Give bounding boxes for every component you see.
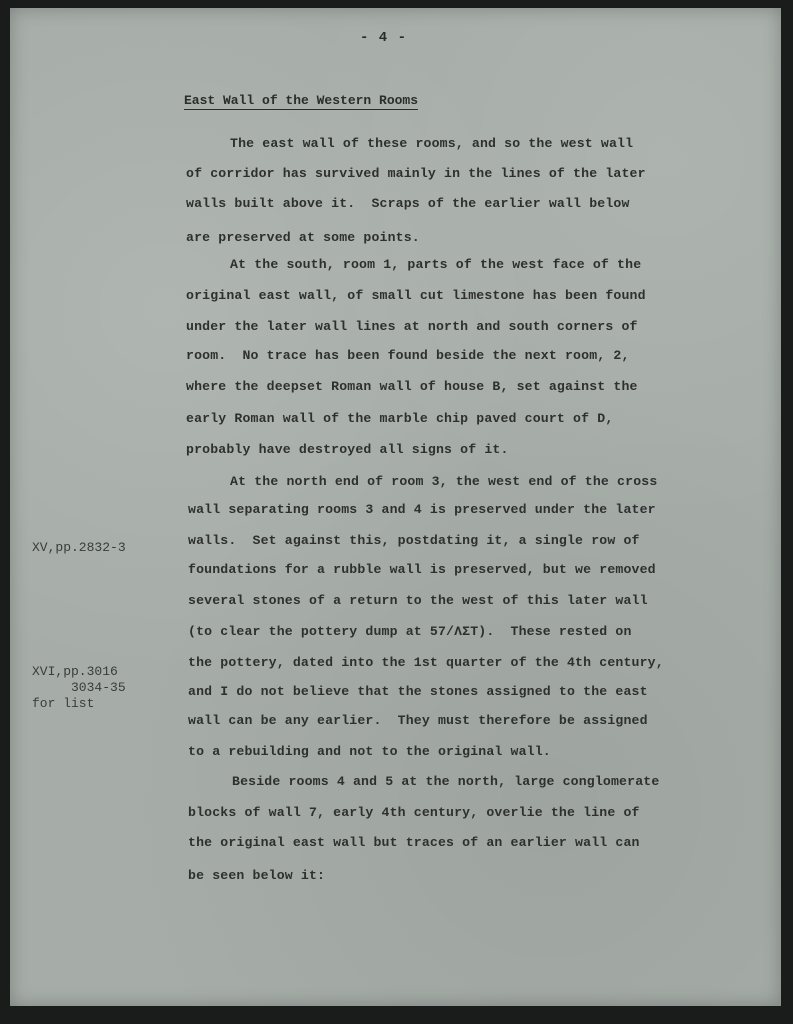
- body-line: At the north end of room 3, the west end…: [230, 474, 657, 489]
- body-line: of corridor has survived mainly in the l…: [186, 166, 646, 181]
- margin-note-reference: XV,pp.2832-3: [32, 540, 126, 556]
- body-line: (to clear the pottery dump at 57/ΛΣΤ). T…: [188, 624, 632, 639]
- body-line: Beside rooms 4 and 5 at the north, large…: [232, 774, 659, 789]
- body-line: under the later wall lines at north and …: [186, 319, 638, 334]
- body-line: room. No trace has been found beside the…: [186, 348, 630, 363]
- body-line: to a rebuilding and not to the original …: [188, 744, 551, 759]
- body-line: probably have destroyed all signs of it.: [186, 442, 509, 457]
- body-line: the original east wall but traces of an …: [188, 835, 640, 850]
- section-heading: East Wall of the Western Rooms: [184, 93, 418, 110]
- body-line: where the deepset Roman wall of house B,…: [186, 379, 638, 394]
- body-line: walls built above it. Scraps of the earl…: [186, 196, 630, 211]
- document-page: - 4 - East Wall of the Western Rooms The…: [10, 8, 781, 1006]
- body-line: be seen below it:: [188, 868, 325, 883]
- body-line: At the south, room 1, parts of the west …: [230, 257, 641, 272]
- body-line: foundations for a rubble wall is preserv…: [188, 562, 656, 577]
- body-line: blocks of wall 7, early 4th century, ove…: [188, 805, 640, 820]
- body-line: original east wall, of small cut limesto…: [186, 288, 646, 303]
- body-line: early Roman wall of the marble chip pave…: [186, 411, 613, 426]
- page-number: - 4 -: [360, 30, 407, 46]
- body-line: are preserved at some points.: [186, 230, 420, 245]
- body-line: wall separating rooms 3 and 4 is preserv…: [188, 502, 656, 517]
- body-line: and I do not believe that the stones ass…: [188, 684, 648, 699]
- body-line: several stones of a return to the west o…: [188, 593, 648, 608]
- body-line: walls. Set against this, postdating it, …: [188, 533, 640, 548]
- body-line: wall can be any earlier. They must there…: [188, 713, 648, 728]
- body-line: the pottery, dated into the 1st quarter …: [188, 655, 664, 670]
- margin-note-reference: XVI,pp.3016 3034-35 for list: [32, 664, 126, 712]
- body-line: The east wall of these rooms, and so the…: [230, 136, 633, 151]
